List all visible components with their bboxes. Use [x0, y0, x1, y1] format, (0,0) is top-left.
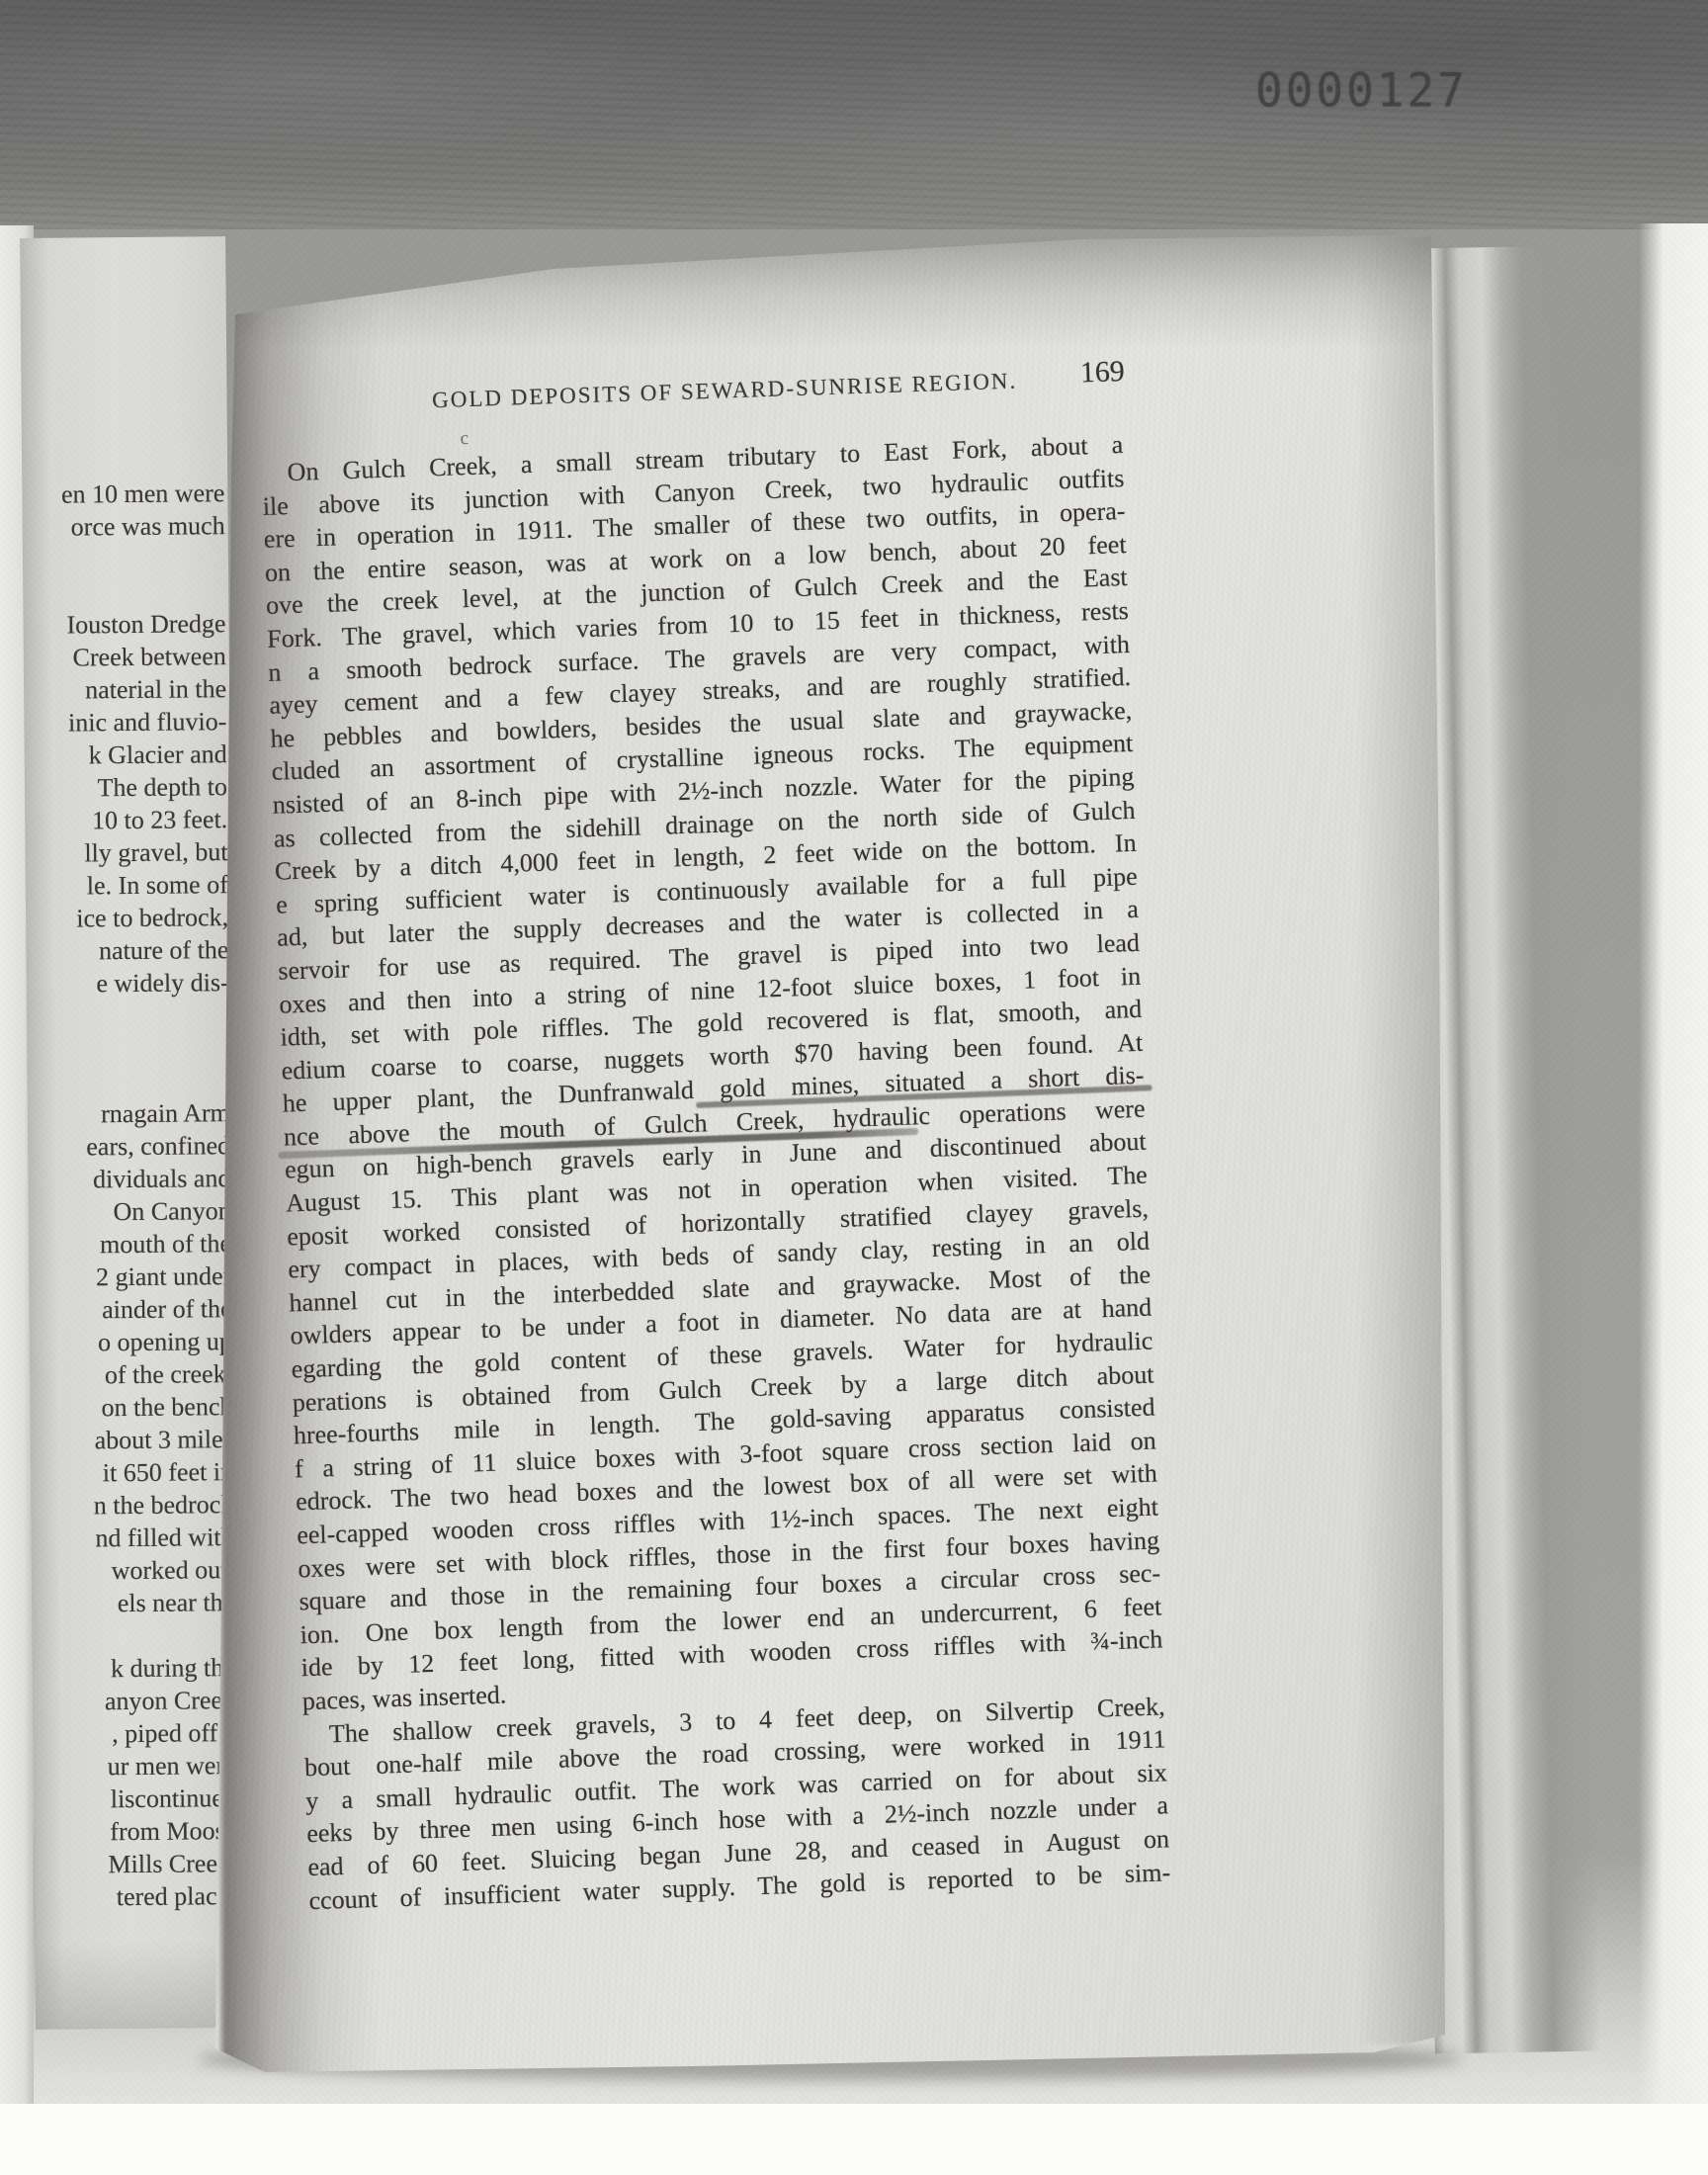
facing-page-text-line: le. In some of — [20, 868, 228, 904]
facing-page-text-line: o opening up — [20, 1325, 232, 1360]
facing-page-text-line — [20, 574, 225, 610]
facing-page-text-line: on the bench — [20, 1390, 232, 1426]
facing-page-text-line — [20, 1031, 229, 1067]
facing-page-text-line: rnagain Arm — [20, 1096, 230, 1132]
facing-page-text-line: els near the — [20, 1586, 234, 1621]
facing-page-text-line: On Canyon — [20, 1194, 231, 1230]
facing-page-text-line: k during the — [20, 1651, 235, 1687]
facing-page-text-line — [20, 542, 225, 577]
facing-page-text-line: it 650 feet in — [20, 1455, 233, 1491]
facing-page-text-line: mouth of the — [20, 1227, 231, 1262]
page-number: 169 — [1079, 355, 1125, 390]
facing-page-text-line: lly gravel, but — [20, 835, 228, 871]
facing-page-text-line: e widely dis- — [20, 966, 229, 1001]
facing-page-text-line: inic and fluvio- — [20, 705, 226, 740]
facing-page-text-line: ur men were — [20, 1749, 236, 1784]
facing-page-text-line: Mills Creek, — [20, 1847, 236, 1882]
facing-page-text-line: Iouston Dredge — [20, 607, 226, 643]
main-page-text: GOLD DEPOSITS OF SEWARD-SUNRISE REGION. … — [259, 365, 1171, 1917]
facing-page-text-line — [20, 999, 229, 1034]
facing-page-text-column: en 10 men wereorce was muchIouston Dredg… — [20, 477, 237, 1915]
facing-page-text-line: dividuals and — [20, 1162, 230, 1197]
facing-page-text-line: nd filled with — [20, 1521, 234, 1556]
facing-page-text-line: ice to bedrock, — [20, 901, 228, 936]
facing-page-text-line: n the bedrock — [20, 1488, 233, 1523]
scan-right-margin — [1639, 223, 1708, 2104]
scanned-book-photo: 0000127 en 10 men wereorce was muchIoust… — [0, 0, 1708, 2175]
facing-page-text-line: ears, confined — [20, 1129, 230, 1165]
facing-page-text-line: orce was much — [20, 509, 225, 545]
facing-page-text-line: naterial in the — [20, 672, 226, 708]
facing-page-text-line: en 10 men were — [20, 477, 224, 512]
facing-page-text-line — [20, 1618, 234, 1654]
facing-page-text-line: worked out. — [20, 1553, 234, 1589]
facing-page-text-line: of the creek. — [20, 1357, 232, 1393]
facing-page-text-line: tered placer — [20, 1879, 237, 1915]
facing-page-text-line: nature of the — [20, 933, 228, 969]
facing-page-text-line: The depth to — [20, 770, 227, 806]
facing-page-text-line: anyon Creek — [20, 1684, 235, 1719]
facing-page-text-line: liscontinued — [20, 1782, 236, 1817]
facing-page-sliver: en 10 men wereorce was muchIouston Dredg… — [20, 236, 241, 2030]
facing-page-text-line: ainder of the — [20, 1292, 232, 1328]
print-artifact-mark: c — [460, 428, 469, 450]
facing-page-text-line: Creek between — [20, 640, 226, 675]
facing-page-text-line: k Glacier and — [20, 738, 227, 773]
stamped-photo-number: 0000127 — [1255, 62, 1468, 117]
facing-page-text-line: 2 giant under — [20, 1260, 231, 1295]
facing-page-text-line: from Moose — [20, 1814, 236, 1850]
facing-page-text-line: 10 to 23 feet. — [20, 803, 227, 838]
facing-page-text-line — [20, 1064, 230, 1099]
facing-page-text-line: about 3 miles — [20, 1423, 233, 1458]
body-text: On Gulch Creek, a small stream tributary… — [261, 428, 1171, 1917]
facing-page-text-line: , piped off a — [20, 1716, 235, 1752]
